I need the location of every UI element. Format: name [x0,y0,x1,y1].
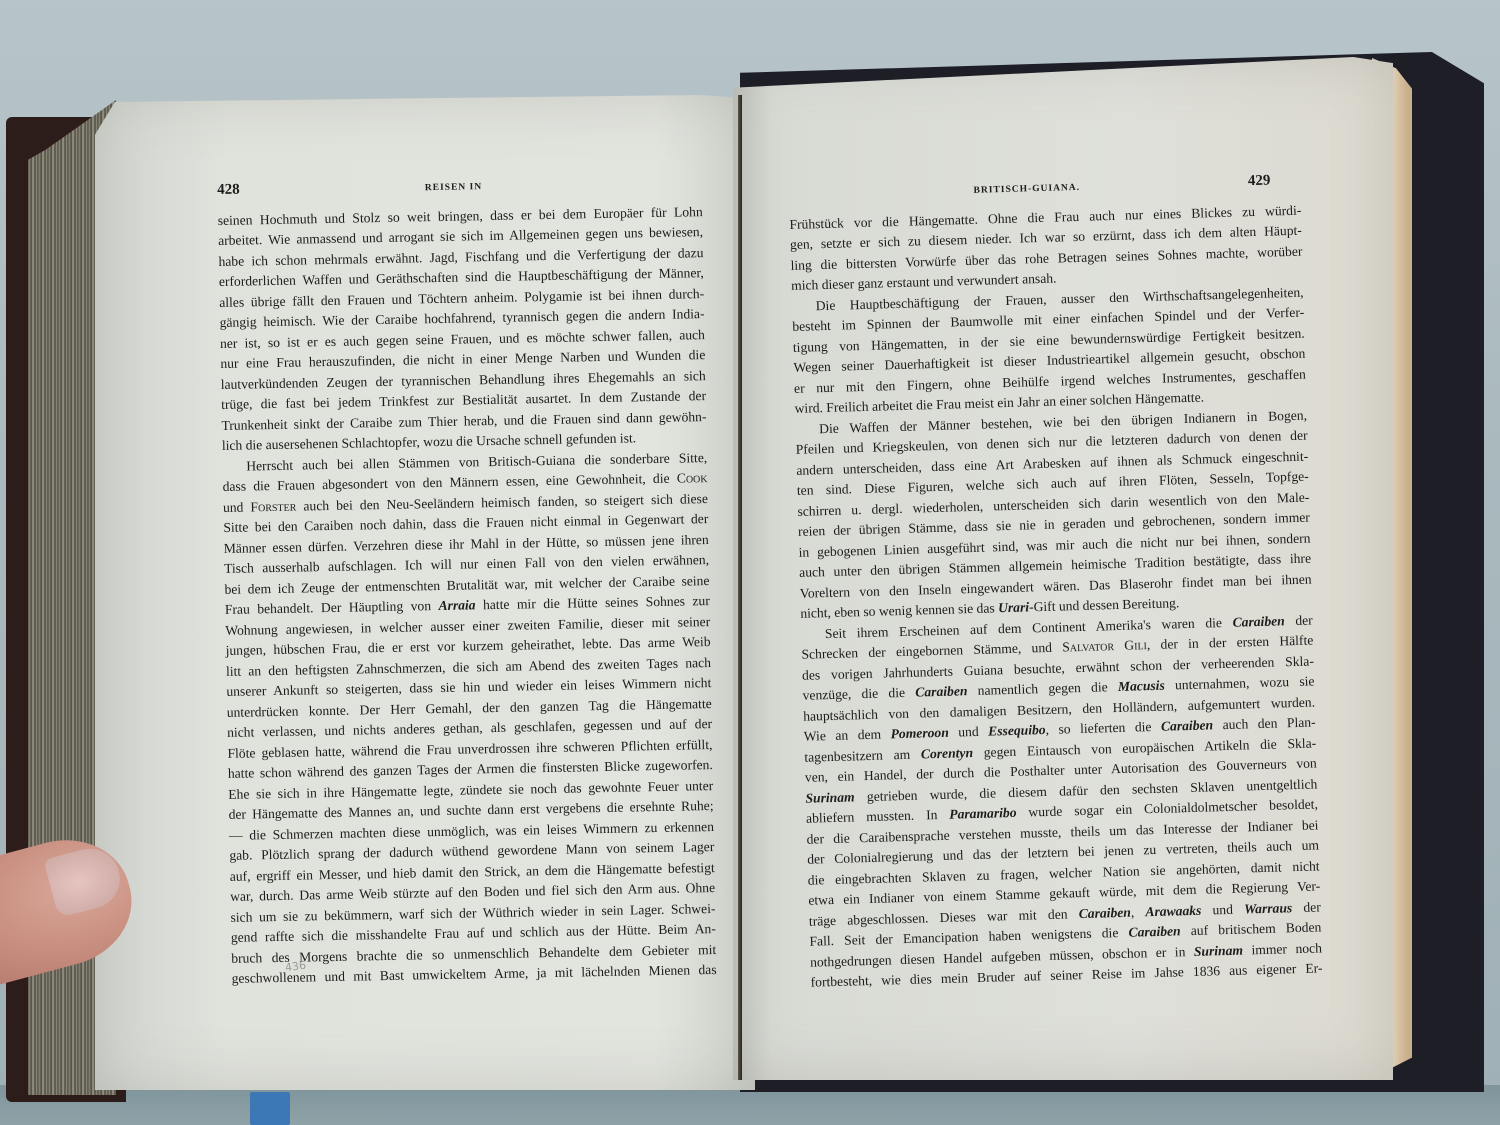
right-page-body: Frühstück vor die Hängematte. Ohne die F… [789,200,1323,993]
right-page-text: BRITISCH-GUIANA. 429 Frühstück vor die H… [788,158,1323,993]
page-number: 429 [1248,171,1271,192]
book-gutter [738,95,742,1080]
page-number: 428 [217,180,240,201]
running-head: BRITISCH-GUIANA. [973,178,1080,201]
running-head: REISEN IN [425,177,483,199]
left-page-body: seinen Hochmuth und Stolz so weit bringe… [218,202,717,990]
left-page-text: 428 REISEN IN seinen Hochmuth und Stolz … [217,171,717,989]
blue-bookmark-tab [250,1092,290,1125]
